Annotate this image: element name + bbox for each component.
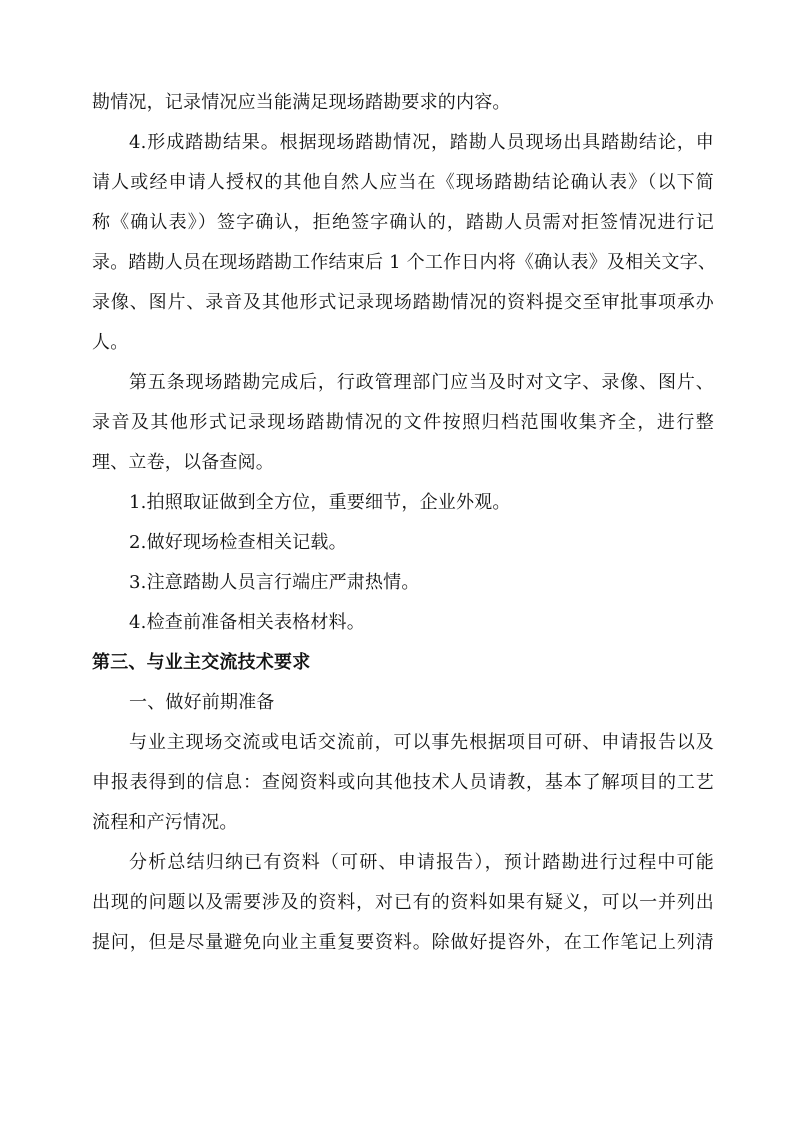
paragraph-line: 申报表得到的信息：查阅资料或向其他技术人员请教，基本了解项目的工艺 (92, 768, 714, 798)
section-heading: 第三、与业主交流技术要求 (92, 648, 310, 678)
list-item: 4.检查前准备相关表格材料。 (129, 608, 365, 638)
paragraph-line: 录音及其他形式记录现场踏勘情况的文件按照归档范围收集齐全，进行整 (92, 408, 714, 438)
paragraph-line: 请人或经申请人授权的其他自然人应当在《现场踏勘结论确认表》（以下简 (92, 168, 714, 198)
list-item: 1.拍照取证做到全方位，重要细节，企业外观。 (129, 488, 511, 518)
paragraph-line: 流程和产污情况。 (92, 808, 238, 838)
list-item: 2.做好现场检查相关记载。 (129, 528, 347, 558)
paragraph-line: 出现的问题以及需要涉及的资料，对已有的资料如果有疑义，可以一并列出 (92, 888, 714, 918)
paragraph-line: 录像、图片、录音及其他形式记录现场踏勘情况的资料提交至审批事项承办 (92, 288, 714, 318)
list-item: 3.注意踏勘人员言行端庄严肃热情。 (129, 568, 420, 598)
paragraph-line: 人。 (92, 328, 128, 358)
paragraph-line: 第五条现场踏勘完成后，行政管理部门应当及时对文字、录像、图片、 (129, 368, 714, 398)
subsection-heading: 一、做好前期准备 (129, 688, 275, 718)
paragraph-line: 录。踏勘人员在现场踏勘工作结束后 1 个工作日内将《确认表》及相关文字、 (92, 248, 714, 278)
paragraph-line: 提问，但是尽量避免向业主重复要资料。除做好提咨外，在工作笔记上列清 (92, 928, 714, 958)
paragraph-line: 理、立卷，以备查阅。 (92, 448, 274, 478)
paragraph-line: 4.形成踏勘结果。根据现场踏勘情况，踏勘人员现场出具踏勘结论，申 (129, 128, 714, 158)
paragraph-line: 称《确认表》）签字确认，拒绝签字确认的，踏勘人员需对拒签情况进行记 (92, 208, 714, 238)
paragraph-line: 分析总结归纳已有资料（可研、申请报告），预计踏勘进行过程中可能 (129, 848, 714, 878)
paragraph-line: 与业主现场交流或电话交流前，可以事先根据项目可研、申请报告以及 (129, 728, 714, 758)
paragraph-line: 勘情况，记录情况应当能满足现场踏勘要求的内容。 (92, 88, 511, 118)
